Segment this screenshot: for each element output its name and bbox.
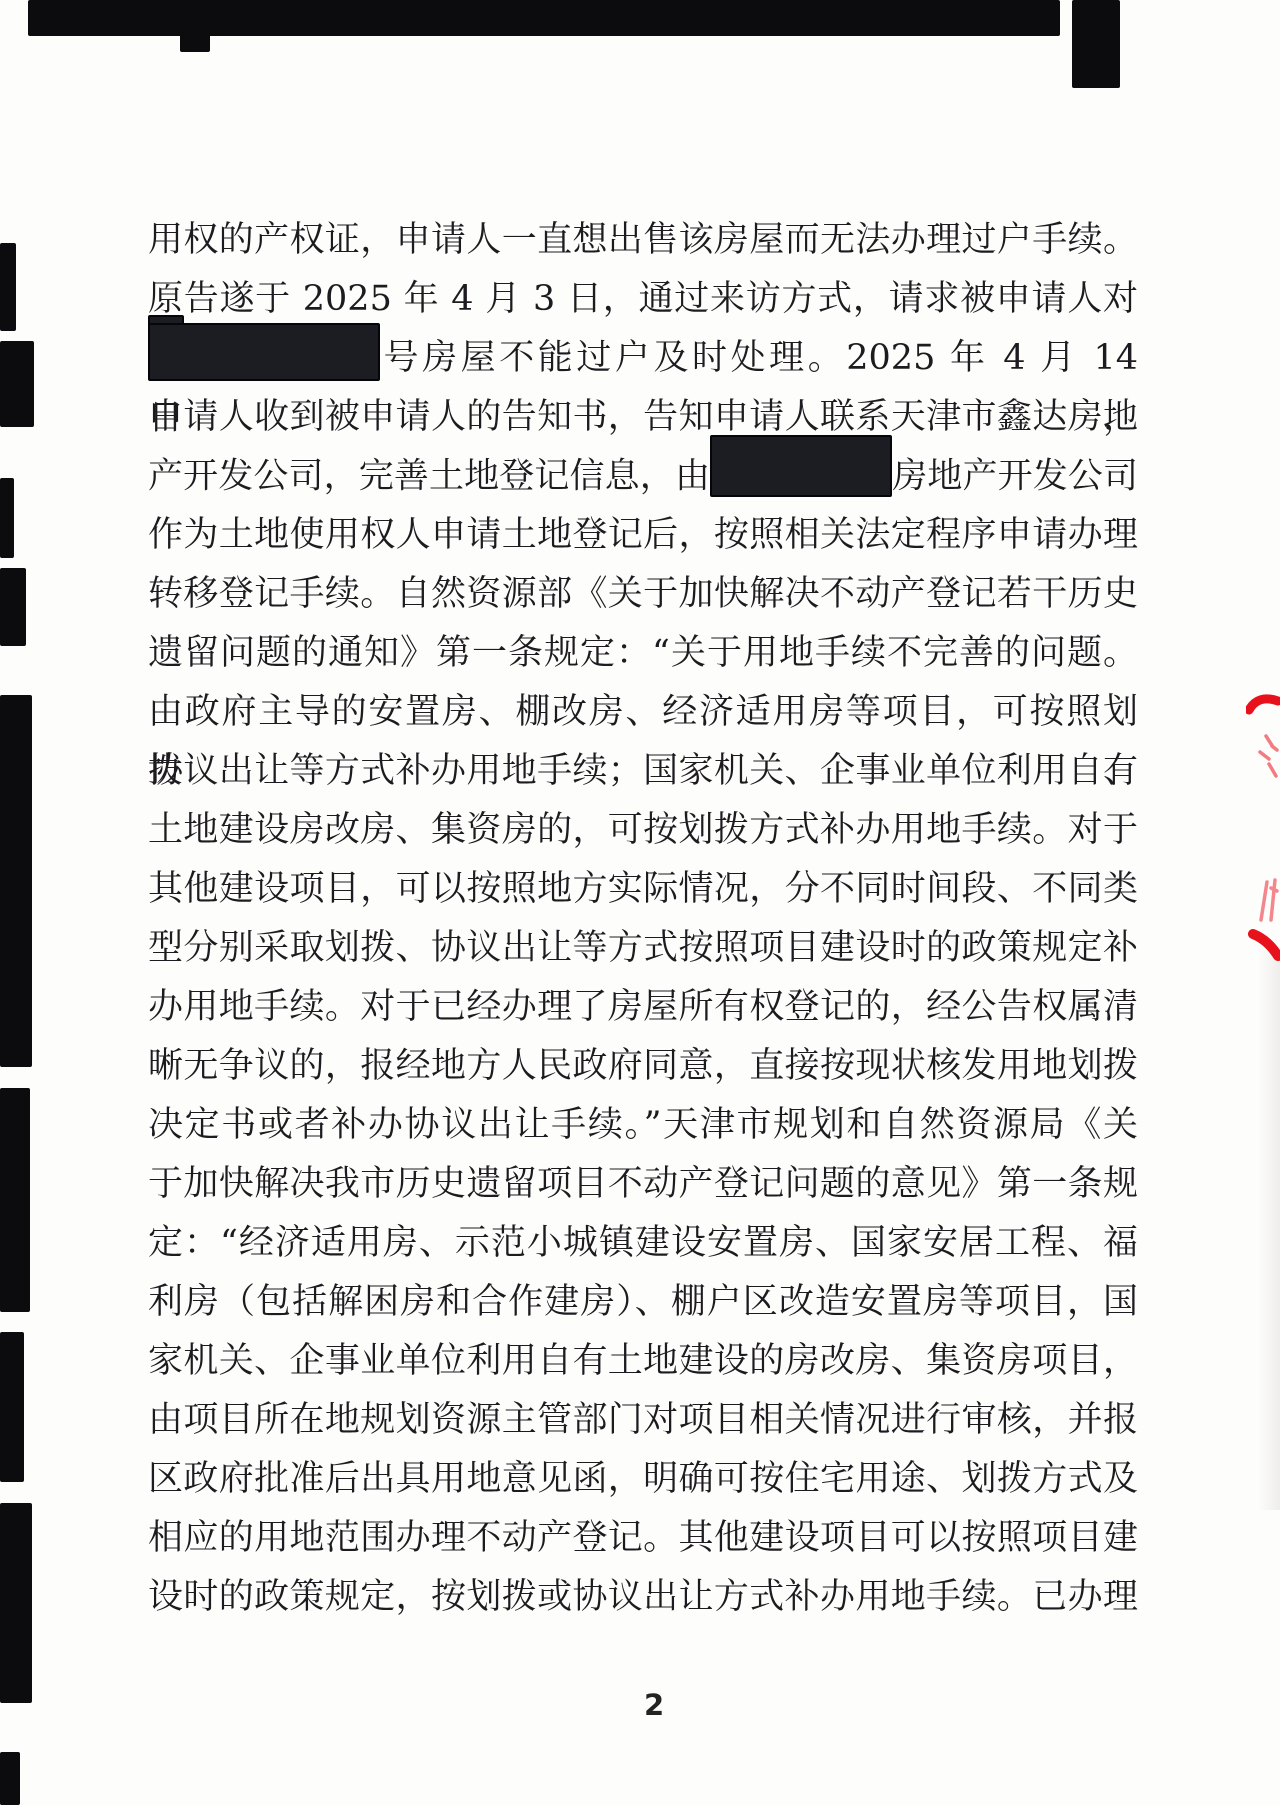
text-run: 作为土地使用权人申请土地登记后，按照相关法定程序申请办理 xyxy=(148,515,1138,555)
text-run: 于加快解决我市历史遗留项目不动产登记问题的意见》第一条规 xyxy=(148,1164,1138,1204)
scan-edge-mark xyxy=(0,568,26,646)
text-line: 申请人收到被申请人的告知书，告知申请人联系天津市鑫达房地 xyxy=(148,388,1138,447)
text-run: 决定书或者补办协议出让手续。”天津市规划和自然资源局《关 xyxy=(148,1105,1138,1145)
stamp-stroke-bottom xyxy=(1253,934,1278,956)
text-line: 协议出让等方式补办用地手续；国家机关、企事业单位利用自有 xyxy=(148,742,1138,801)
text-run: 利房（包括解困房和合作建房）、棚户区改造安置房等项目，国 xyxy=(148,1282,1138,1322)
text-run: 用权的产权证，申请人一直想出售该房屋而无法办理过户手续。 xyxy=(148,220,1138,260)
stamp-scribble-lower xyxy=(1261,880,1277,920)
text-run: 由项目所在地规划资源主管部门对项目相关情况进行审核，并报 xyxy=(148,1400,1138,1440)
text-line: 办用地手续。对于已经办理了房屋所有权登记的，经公告权属清 xyxy=(148,978,1138,1037)
page-number: 2 xyxy=(644,1688,664,1722)
text-line: 晰无争议的，报经地方人民政府同意，直接按现状核发用地划拨 xyxy=(148,1037,1138,1096)
scanned-document-page: 用权的产权证，申请人一直想出售该房屋而无法办理过户手续。原告遂于 2025 年 … xyxy=(0,0,1280,1805)
text-line: 区政府批准后出具用地意见函，明确可按住宅用途、划拨方式及 xyxy=(148,1450,1138,1509)
text-run: 房地产开发公司 xyxy=(892,457,1138,497)
text-run: 转移登记手续。自然资源部《关于加快解决不动产登记若干历史 xyxy=(148,574,1138,614)
text-run: 其他建设项目，可以按照地方实际情况，分不同时间段、不同类 xyxy=(148,869,1138,909)
text-line: 原告遂于 2025 年 4 月 3 日，通过来访方式，请求被申请人对 xyxy=(148,270,1138,329)
scan-edge-mark xyxy=(0,243,16,331)
text-line: 用权的产权证，申请人一直想出售该房屋而无法办理过户手续。 xyxy=(148,211,1138,270)
text-line: 由政府主导的安置房、棚改房、经济适用房等项目，可按照划拨、 xyxy=(148,683,1138,742)
text-run: 晰无争议的，报经地方人民政府同意，直接按现状核发用地划拨 xyxy=(148,1046,1138,1086)
text-line: 产开发公司，完善土地登记信息，由房地产开发公司 xyxy=(148,447,1138,506)
text-run: 区政府批准后出具用地意见函，明确可按住宅用途、划拨方式及 xyxy=(148,1459,1138,1499)
scan-edge-mark xyxy=(0,1788,14,1805)
text-line: 土地建设房改房、集资房的，可按划拨方式补办用地手续。对于 xyxy=(148,801,1138,860)
text-line: 号房屋不能过户及时处理。2025 年 4 月 14 日， xyxy=(148,329,1138,388)
scan-edge-mark xyxy=(0,1332,24,1482)
text-run: 办用地手续。对于已经办理了房屋所有权登记的，经公告权属清 xyxy=(148,987,1138,1027)
text-run: 家机关、企事业单位利用自有土地建设的房改房、集资房项目， xyxy=(148,1341,1138,1381)
text-run: 原告遂于 2025 年 4 月 3 日，通过来访方式，请求被申请人对 xyxy=(148,279,1138,319)
text-line: 作为土地使用权人申请土地登记后，按照相关法定程序申请办理 xyxy=(148,506,1138,565)
red-stamp-fragment xyxy=(1246,688,1280,968)
text-line: 由项目所在地规划资源主管部门对项目相关情况进行审核，并报 xyxy=(148,1391,1138,1450)
stamp-scribble-upper xyxy=(1260,736,1277,776)
scan-edge-mark xyxy=(0,695,32,1067)
text-line: 相应的用地范围办理不动产登记。其他建设项目可以按照项目建 xyxy=(148,1509,1138,1568)
text-run: 申请人收到被申请人的告知书，告知申请人联系天津市鑫达房地 xyxy=(148,397,1138,437)
text-run: 相应的用地范围办理不动产登记。其他建设项目可以按照项目建 xyxy=(148,1518,1138,1558)
text-line: 遗留问题的通知》第一条规定：“关于用地手续不完善的问题。 xyxy=(148,624,1138,683)
text-run: 型分别采取划拨、协议出让等方式按照项目建设时的政策规定补 xyxy=(148,928,1138,968)
text-line: 决定书或者补办协议出让手续。”天津市规划和自然资源局《关 xyxy=(148,1096,1138,1155)
text-line: 型分别采取划拨、协议出让等方式按照项目建设时的政策规定补 xyxy=(148,919,1138,978)
text-run: 遗留问题的通知》第一条规定：“关于用地手续不完善的问题。 xyxy=(148,633,1138,673)
redaction-box xyxy=(148,323,380,381)
document-body: 用权的产权证，申请人一直想出售该房屋而无法办理过户手续。原告遂于 2025 年 … xyxy=(148,211,1138,1627)
text-run: 产开发公司，完善土地登记信息，由 xyxy=(148,457,710,497)
scan-edge-mark xyxy=(1072,0,1120,88)
text-line: 家机关、企事业单位利用自有土地建设的房改房、集资房项目， xyxy=(148,1332,1138,1391)
scan-edge-mark xyxy=(0,1088,30,1312)
scan-edge-mark xyxy=(180,0,210,52)
scan-edge-mark xyxy=(0,1503,32,1703)
stamp-stroke-top xyxy=(1249,699,1278,710)
scan-shadow xyxy=(1258,950,1280,1510)
text-line: 利房（包括解困房和合作建房）、棚户区改造安置房等项目，国 xyxy=(148,1273,1138,1332)
redaction-box xyxy=(710,435,892,497)
scan-edge-mark xyxy=(0,341,34,427)
text-line: 设时的政策规定，按划拨或协议出让方式补办用地手续。已办理 xyxy=(148,1568,1138,1627)
text-run: 协议出让等方式补办用地手续；国家机关、企事业单位利用自有 xyxy=(148,751,1138,791)
text-line: 定：“经济适用房、示范小城镇建设安置房、国家安居工程、福 xyxy=(148,1214,1138,1273)
text-run: 定：“经济适用房、示范小城镇建设安置房、国家安居工程、福 xyxy=(148,1223,1138,1263)
text-line: 其他建设项目，可以按照地方实际情况，分不同时间段、不同类 xyxy=(148,860,1138,919)
text-line: 于加快解决我市历史遗留项目不动产登记问题的意见》第一条规 xyxy=(148,1155,1138,1214)
text-run: 设时的政策规定，按划拨或协议出让方式补办用地手续。已办理 xyxy=(148,1577,1138,1617)
text-line: 转移登记手续。自然资源部《关于加快解决不动产登记若干历史 xyxy=(148,565,1138,624)
scan-edge-mark xyxy=(0,478,14,558)
text-run: 土地建设房改房、集资房的，可按划拨方式补办用地手续。对于 xyxy=(148,810,1138,850)
